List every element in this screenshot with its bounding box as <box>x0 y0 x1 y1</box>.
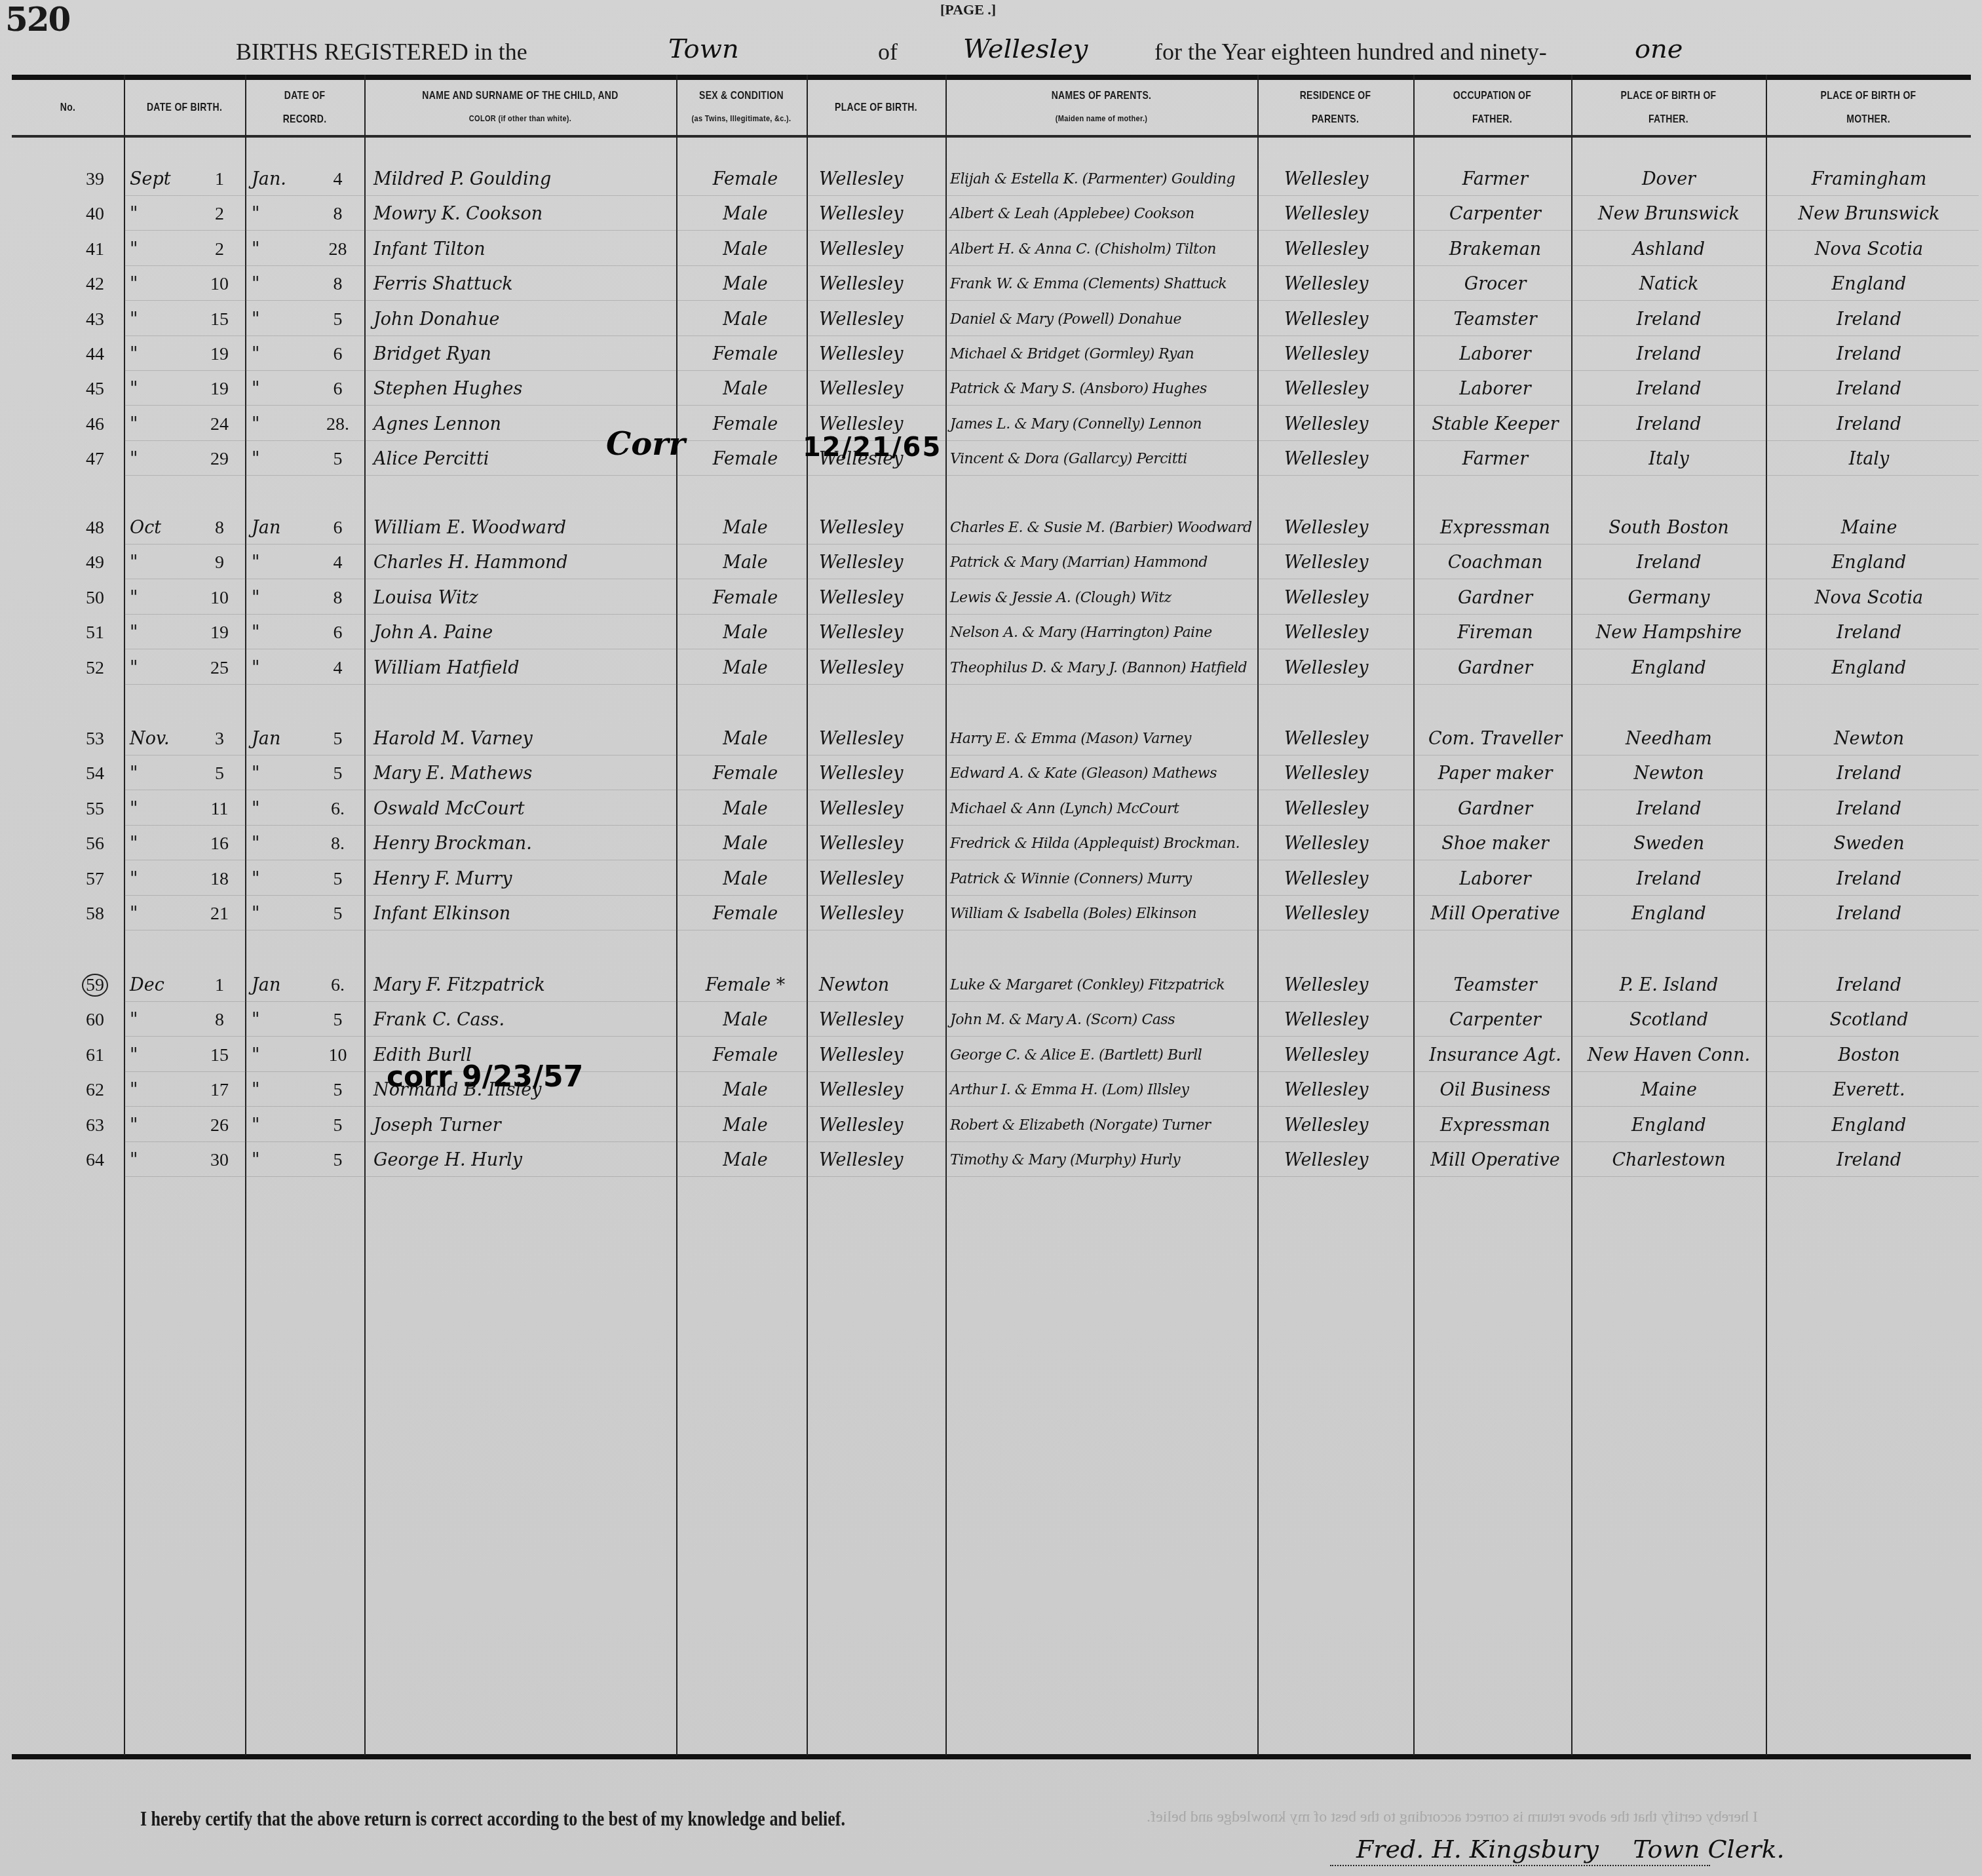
mother-birth-value: Ireland <box>1837 622 1901 643</box>
father-birth-value: Ireland <box>1637 414 1702 434</box>
cell-dor-day: 5 <box>313 722 362 756</box>
cell-no: 59 <box>72 968 118 1003</box>
dob-day-value: 15 <box>210 309 229 330</box>
dob-month-value: " <box>130 1010 138 1030</box>
no-value: 59 <box>82 974 108 997</box>
parents-value: Albert & Leah (Applebee) Cookson <box>950 206 1194 222</box>
cell-dor-month: " <box>252 862 311 896</box>
sex-value: Female <box>713 763 778 784</box>
cell-dor-day: 6 <box>313 511 362 545</box>
place-value: Wellesley <box>819 833 904 854</box>
cell-dor-month: Jan. <box>252 163 311 197</box>
cell-occupation: Mill Operative <box>1420 897 1570 931</box>
cell-dob-day: 30 <box>197 1143 242 1177</box>
cell-father-birth: England <box>1574 897 1764 931</box>
dob-month-value: Oct <box>130 518 161 538</box>
cell-dor-day: 4 <box>313 651 362 685</box>
title-prefix: BIRTHS REGISTERED in the <box>236 38 527 66</box>
residence-value: Wellesley <box>1284 1010 1369 1030</box>
title-year-suffix: one <box>1635 34 1683 64</box>
dob-month-value: " <box>130 763 138 784</box>
cell-parents: William & Isabella (Boles) Elkinson <box>950 897 1255 931</box>
place-value: Wellesley <box>819 1115 904 1136</box>
cell-dob-day: 9 <box>197 546 242 580</box>
dob-day-value: 15 <box>210 1045 229 1065</box>
cell-mother-birth: New Brunswick <box>1769 197 1969 231</box>
dor-day-value: 8 <box>334 204 343 224</box>
row-ruling <box>124 265 1979 266</box>
sex-value: Male <box>723 658 767 678</box>
cell-father-birth: Ireland <box>1574 303 1764 337</box>
mother-birth-value: Everett. <box>1833 1080 1905 1100</box>
column-divider <box>807 75 808 1755</box>
cell-dor-month: " <box>252 233 311 267</box>
residence-value: Wellesley <box>1284 274 1369 294</box>
cell-occupation: Teamster <box>1420 303 1570 337</box>
dor-day-value: 4 <box>334 169 343 189</box>
dor-day-value: 5 <box>334 1115 343 1136</box>
cell-dob-day: 8 <box>197 511 242 545</box>
cell-dob-month: Oct <box>130 511 195 545</box>
cell-dor-day: 5 <box>313 1109 362 1143</box>
cell-place: Wellesley <box>819 581 943 615</box>
cell-father-birth: Ireland <box>1574 337 1764 372</box>
place-value: Wellesley <box>819 1080 904 1100</box>
cell-name: John A. Paine <box>373 616 675 650</box>
cell-mother-birth: Ireland <box>1769 792 1969 826</box>
cell-dob-month: Sept <box>130 163 195 197</box>
cell-name: Mowry K. Cookson <box>373 197 675 231</box>
parents-value: Charles E. & Susie M. (Barbier) Woodward <box>950 520 1252 536</box>
place-value: Newton <box>819 975 889 995</box>
no-value: 46 <box>86 414 104 434</box>
cell-dob-day: 1 <box>197 163 242 197</box>
signature-title: Town Clerk. <box>1633 1835 1784 1864</box>
cell-dob-day: 16 <box>197 827 242 861</box>
cell-parents: Timothy & Mary (Murphy) Hurly <box>950 1143 1255 1177</box>
cell-dob-month: " <box>130 337 195 372</box>
column-divider <box>945 75 947 1755</box>
cell-occupation: Farmer <box>1420 442 1570 476</box>
residence-value: Wellesley <box>1284 518 1369 538</box>
dob-day-value: 2 <box>215 239 224 259</box>
row-ruling <box>124 544 1979 545</box>
cell-dob-day: 1 <box>197 968 242 1003</box>
cell-father-birth: Sweden <box>1574 827 1764 861</box>
residence-value: Wellesley <box>1284 1115 1369 1136</box>
cell-father-birth: Natick <box>1574 267 1764 301</box>
cell-dor-day: 28. <box>313 408 362 442</box>
place-value: Wellesley <box>819 344 904 364</box>
cell-mother-birth: Ireland <box>1769 337 1969 372</box>
parents-value: William & Isabella (Boles) Elkinson <box>950 906 1196 922</box>
cell-father-birth: New Brunswick <box>1574 197 1764 231</box>
cell-parents: James L. & Mary (Connelly) Lennon <box>950 408 1255 442</box>
dob-day-value: 10 <box>210 274 229 294</box>
cell-parents: Vincent & Dora (Gallarcy) Percitti <box>950 442 1255 476</box>
residence-value: Wellesley <box>1284 1045 1369 1065</box>
signature-line <box>1330 1865 1710 1867</box>
parents-value: Luke & Margaret (Conkley) Fitzpatrick <box>950 977 1225 993</box>
parents-value: Patrick & Mary S. (Ansboro) Hughes <box>950 381 1207 397</box>
sex-value: Male <box>723 518 767 538</box>
father-birth-value: Ireland <box>1637 344 1702 364</box>
dor-day-value: 8 <box>334 588 343 608</box>
mother-birth-value: Ireland <box>1837 799 1901 819</box>
mother-birth-value: England <box>1832 552 1907 573</box>
place-value: Wellesley <box>819 379 904 399</box>
dor-month-value: " <box>252 904 259 924</box>
residence-value: Wellesley <box>1284 622 1369 643</box>
cell-residence: Wellesley <box>1284 1073 1412 1107</box>
parents-value: Timothy & Mary (Murphy) Hurly <box>950 1152 1180 1168</box>
cell-dob-day: 24 <box>197 408 242 442</box>
cell-place: Wellesley <box>819 1039 943 1073</box>
dor-day-value: 28 <box>329 239 347 259</box>
name-value: Infant Elkinson <box>373 904 510 924</box>
cell-parents: Robert & Elizabeth (Norgate) Turner <box>950 1109 1255 1143</box>
cell-dor-day: 6 <box>313 337 362 372</box>
cell-occupation: Com. Traveller <box>1420 722 1570 756</box>
cell-place: Wellesley <box>819 233 943 267</box>
sex-value: Female <box>713 344 778 364</box>
sex-value: Male <box>723 309 767 330</box>
sex-value: Male <box>723 379 767 399</box>
municipality-type: Town <box>668 34 739 64</box>
cell-residence: Wellesley <box>1284 163 1412 197</box>
cell-sex: Female <box>685 581 806 615</box>
column-divider <box>124 75 125 1755</box>
cell-dor-day: 8 <box>313 581 362 615</box>
cell-residence: Wellesley <box>1284 862 1412 896</box>
cell-residence: Wellesley <box>1284 408 1412 442</box>
mother-birth-value: Ireland <box>1837 344 1901 364</box>
cell-sex: Male <box>685 827 806 861</box>
dor-month-value: " <box>252 239 259 259</box>
dor-month-value: Jan <box>252 975 280 995</box>
cell-dob-day: 15 <box>197 303 242 337</box>
sex-value: Female <box>713 1045 778 1065</box>
cell-name: Charles H. Hammond <box>373 546 675 580</box>
father-birth-value: England <box>1631 658 1706 678</box>
parents-value: James L. & Mary (Connelly) Lennon <box>950 416 1202 432</box>
occupation-value: Teamster <box>1453 309 1536 330</box>
cell-dob-month: " <box>130 1073 195 1107</box>
cell-mother-birth: England <box>1769 651 1969 685</box>
cell-dob-month: " <box>130 757 195 791</box>
dor-month-value: " <box>252 763 259 784</box>
name-value: Mary E. Mathews <box>373 763 532 784</box>
cell-parents: Patrick & Winnie (Conners) Murry <box>950 862 1255 896</box>
cell-mother-birth: Ireland <box>1769 757 1969 791</box>
cell-father-birth: South Boston <box>1574 511 1764 545</box>
cell-place: Wellesley <box>819 792 943 826</box>
residence-value: Wellesley <box>1284 904 1369 924</box>
row-ruling <box>124 895 1979 896</box>
parents-value: Albert H. & Anna C. (Chisholm) Tilton <box>950 241 1216 258</box>
no-value: 54 <box>86 763 104 784</box>
father-birth-value: South Boston <box>1609 518 1728 538</box>
name-value: Louisa Witz <box>373 588 478 608</box>
row-ruling <box>124 684 1979 685</box>
register-page: 520 [PAGE .] BIRTHS REGISTERED in the To… <box>0 0 1982 1876</box>
dob-month-value: " <box>130 622 138 643</box>
dob-day-value: 8 <box>215 518 224 538</box>
dor-day-value: 5 <box>334 869 343 889</box>
father-birth-value: England <box>1631 1115 1706 1136</box>
cell-dor-month: Jan <box>252 722 311 756</box>
cell-place: Wellesley <box>819 303 943 337</box>
mother-birth-value: Ireland <box>1837 379 1901 399</box>
place-value: Wellesley <box>819 552 904 573</box>
parents-value: Arthur I. & Emma H. (Lom) Illsley <box>950 1082 1189 1098</box>
cell-sex: Male <box>685 197 806 231</box>
dob-day-value: 24 <box>210 414 229 434</box>
name-value: Mildred P. Goulding <box>373 169 551 189</box>
table-bottom-rule <box>12 1754 1971 1759</box>
place-value: Wellesley <box>819 869 904 889</box>
cell-residence: Wellesley <box>1284 267 1412 301</box>
no-value: 60 <box>86 1010 104 1030</box>
cell-place: Wellesley <box>819 163 943 197</box>
residence-value: Wellesley <box>1284 763 1369 784</box>
cell-sex: Male <box>685 651 806 685</box>
cell-dob-day: 11 <box>197 792 242 826</box>
parents-value: Michael & Ann (Lynch) McCourt <box>950 801 1179 817</box>
dor-day-value: 5 <box>334 763 343 784</box>
cell-dob-month: " <box>130 267 195 301</box>
no-value: 39 <box>86 169 104 189</box>
name-value: Henry Brockman. <box>373 833 532 854</box>
cell-no: 58 <box>72 897 118 931</box>
cell-mother-birth: Framingham <box>1769 163 1969 197</box>
cell-dor-month: " <box>252 897 311 931</box>
cell-parents: George C. & Alice E. (Bartlett) Burll <box>950 1039 1255 1073</box>
no-value: 58 <box>86 904 104 924</box>
cell-occupation: Shoe maker <box>1420 827 1570 861</box>
dor-month-value: " <box>252 622 259 643</box>
cell-sex: Male <box>685 233 806 267</box>
residence-value: Wellesley <box>1284 204 1369 224</box>
name-value: Henry F. Murry <box>373 869 512 889</box>
cell-residence: Wellesley <box>1284 372 1412 406</box>
cell-dor-month: " <box>252 303 311 337</box>
residence-value: Wellesley <box>1284 975 1369 995</box>
cell-dor-day: 5 <box>313 862 362 896</box>
dor-month-value: " <box>252 869 259 889</box>
cell-sex: Male <box>685 546 806 580</box>
place-value: Wellesley <box>819 588 904 608</box>
parents-value: Vincent & Dora (Gallarcy) Percitti <box>950 451 1187 467</box>
place-value: Wellesley <box>819 204 904 224</box>
cell-father-birth: Charlestown <box>1574 1143 1764 1177</box>
name-value: Charles H. Hammond <box>373 552 568 573</box>
mother-birth-value: New Brunswick <box>1799 204 1940 224</box>
dob-day-value: 25 <box>210 658 229 678</box>
sex-value: Male <box>723 239 767 259</box>
page-marker: [PAGE .] <box>940 1 996 18</box>
dob-day-value: 19 <box>210 344 229 364</box>
cell-occupation: Carpenter <box>1420 1003 1570 1037</box>
dor-month-value: " <box>252 552 259 573</box>
sex-value: Male <box>723 1150 767 1170</box>
cell-sex: Male <box>685 511 806 545</box>
cell-no: 62 <box>72 1073 118 1107</box>
cell-dob-month: " <box>130 303 195 337</box>
cell-no: 45 <box>72 372 118 406</box>
dob-month-value: " <box>130 1150 138 1170</box>
cell-sex: Female <box>685 757 806 791</box>
cell-name: Mary F. Fitzpatrick <box>373 968 675 1003</box>
dob-day-value: 16 <box>210 833 229 854</box>
dob-day-value: 19 <box>210 379 229 399</box>
column-divider <box>1571 75 1572 1755</box>
occupation-value: Farmer <box>1462 169 1528 189</box>
place-value: Wellesley <box>819 239 904 259</box>
cell-place: Wellesley <box>819 651 943 685</box>
cell-residence: Wellesley <box>1284 757 1412 791</box>
name-value: George H. Hurly <box>373 1150 522 1170</box>
header-no: No. <box>12 73 124 140</box>
dor-month-value: " <box>252 274 259 294</box>
name-value: Agnes Lennon <box>373 414 501 434</box>
cell-father-birth: Ireland <box>1574 792 1764 826</box>
cell-occupation: Teamster <box>1420 968 1570 1003</box>
cell-no: 42 <box>72 267 118 301</box>
cell-dob-day: 2 <box>197 197 242 231</box>
sex-value: Male <box>723 729 767 749</box>
cell-sex: Male <box>685 1143 806 1177</box>
occupation-value: Grocer <box>1464 274 1527 294</box>
name-value: William E. Woodward <box>373 518 566 538</box>
cell-dor-day: 6 <box>313 616 362 650</box>
father-birth-value: Ireland <box>1637 552 1702 573</box>
cell-dob-day: 25 <box>197 651 242 685</box>
header-place-of-birth: PLACE OF BIRTH. <box>807 73 945 140</box>
cell-parents: Luke & Margaret (Conkley) Fitzpatrick <box>950 968 1255 1003</box>
dor-day-value: 4 <box>334 552 343 573</box>
occupation-value: Laborer <box>1459 869 1531 889</box>
father-birth-value: Newton <box>1633 763 1704 784</box>
dob-day-value: 21 <box>210 904 229 924</box>
father-birth-value: New Hampshire <box>1596 622 1742 643</box>
mother-birth-value: Italy <box>1849 449 1890 469</box>
cell-father-birth: Maine <box>1574 1073 1764 1107</box>
dob-month-value: " <box>130 869 138 889</box>
row-ruling <box>124 790 1979 790</box>
dob-month-value: Sept <box>130 169 171 189</box>
cell-dor-month: " <box>252 372 311 406</box>
cell-parents: Harry E. & Emma (Mason) Varney <box>950 722 1255 756</box>
cell-dob-month: " <box>130 792 195 826</box>
cell-father-birth: Dover <box>1574 163 1764 197</box>
cell-no: 41 <box>72 233 118 267</box>
cell-sex: Male <box>685 1109 806 1143</box>
header-father-birthplace: PLACE OF BIRTH OFFATHER. <box>1571 73 1766 140</box>
dob-day-value: 18 <box>210 869 229 889</box>
cell-dob-day: 21 <box>197 897 242 931</box>
cell-dor-day: 5 <box>313 1143 362 1177</box>
name-value: Infant Tilton <box>373 239 486 259</box>
cell-sex: Male <box>685 722 806 756</box>
cell-residence: Wellesley <box>1284 616 1412 650</box>
dor-day-value: 5 <box>334 729 343 749</box>
row-ruling <box>124 755 1979 756</box>
cell-residence: Wellesley <box>1284 442 1412 476</box>
cell-parents: Daniel & Mary (Powell) Donahue <box>950 303 1255 337</box>
row-ruling <box>124 1141 1979 1142</box>
cell-no: 43 <box>72 303 118 337</box>
father-birth-value: New Haven Conn. <box>1588 1045 1750 1065</box>
cell-father-birth: Ashland <box>1574 233 1764 267</box>
column-divider <box>1413 75 1415 1755</box>
cell-place: Wellesley <box>819 267 943 301</box>
cell-occupation: Expressman <box>1420 1109 1570 1143</box>
residence-value: Wellesley <box>1284 169 1369 189</box>
place-value: Wellesley <box>819 763 904 784</box>
cell-parents: Lewis & Jessie A. (Clough) Witz <box>950 581 1255 615</box>
father-birth-value: Maine <box>1641 1080 1697 1100</box>
cell-parents: Michael & Ann (Lynch) McCourt <box>950 792 1255 826</box>
cell-no: 54 <box>72 757 118 791</box>
residence-value: Wellesley <box>1284 1150 1369 1170</box>
cell-dor-month: " <box>252 581 311 615</box>
no-value: 50 <box>86 588 104 608</box>
no-value: 44 <box>86 344 104 364</box>
cell-dor-day: 5 <box>313 1003 362 1037</box>
cell-dor-month: " <box>252 1073 311 1107</box>
occupation-value: Carpenter <box>1449 204 1541 224</box>
father-birth-value: Sweden <box>1633 833 1704 854</box>
place-value: Wellesley <box>819 904 904 924</box>
father-birth-value: Ashland <box>1633 239 1705 259</box>
dor-day-value: 28. <box>326 414 349 434</box>
cell-place: Wellesley <box>819 897 943 931</box>
name-value: Stephen Hughes <box>373 379 522 399</box>
cell-mother-birth: England <box>1769 546 1969 580</box>
cell-father-birth: Ireland <box>1574 408 1764 442</box>
cell-dor-day: 28 <box>313 233 362 267</box>
occupation-value: Oil Business <box>1440 1080 1551 1100</box>
no-value: 41 <box>86 239 104 259</box>
dob-day-value: 5 <box>215 763 224 784</box>
dob-day-value: 11 <box>211 799 229 819</box>
row-ruling <box>124 1036 1979 1037</box>
dor-month-value: " <box>252 588 259 608</box>
dor-month-value: Jan. <box>252 169 286 189</box>
cell-no: 53 <box>72 722 118 756</box>
dob-day-value: 26 <box>210 1115 229 1136</box>
dor-month-value: " <box>252 1080 259 1100</box>
father-birth-value: Charlestown <box>1612 1150 1725 1170</box>
cell-dob-day: 18 <box>197 862 242 896</box>
cell-dor-month: " <box>252 1109 311 1143</box>
page-number: 520 <box>5 0 69 39</box>
cell-dor-month: " <box>252 792 311 826</box>
header-residence: RESIDENCE OFPARENTS. <box>1257 73 1413 140</box>
cell-sex: Female <box>685 408 806 442</box>
mother-birth-value: Ireland <box>1837 975 1901 995</box>
father-birth-value: Needham <box>1626 729 1712 749</box>
cell-sex: Female <box>685 442 806 476</box>
father-birth-value: Germany <box>1628 588 1710 608</box>
cell-parents: Patrick & Mary S. (Ansboro) Hughes <box>950 372 1255 406</box>
cell-mother-birth: Italy <box>1769 442 1969 476</box>
mother-birth-value: England <box>1832 658 1907 678</box>
row-ruling <box>124 370 1979 371</box>
dor-day-value: 6. <box>331 975 345 995</box>
cell-dor-day: 5 <box>313 442 362 476</box>
